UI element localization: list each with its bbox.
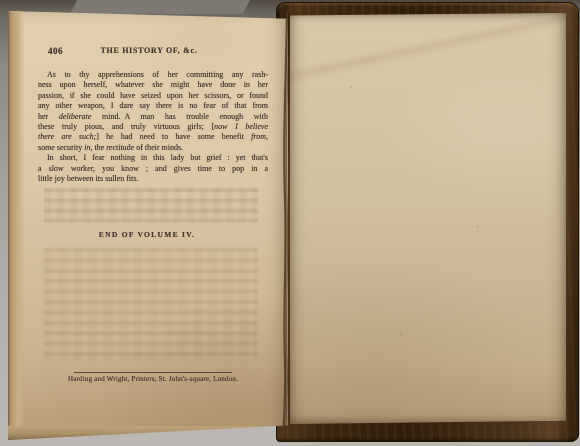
body-line: passion, if she could have seized upon h… xyxy=(38,91,268,101)
body-line: In short, I fear nothing in this lady bu… xyxy=(38,153,268,163)
body-line: her deliberate mind. A man has trouble e… xyxy=(38,112,268,122)
body-line: a slow worker, you know ; and gives time… xyxy=(38,164,268,174)
book-photograph: 406 THE HISTORY OF, &c. As to thy appreh… xyxy=(0,0,580,446)
body-line: As to thy apprehensions of her committin… xyxy=(38,70,268,80)
end-of-volume-note: END OF VOLUME IV. xyxy=(32,230,262,239)
gutter-shadow xyxy=(280,8,292,440)
imprint-rule xyxy=(74,372,232,373)
body-line: little joy between its sullen fits. xyxy=(38,174,268,184)
printer-imprint: Harding and Wright, Printers, St. John's… xyxy=(38,372,268,383)
body-line: ness upon herself, whatever she might ha… xyxy=(38,80,268,90)
bleedthrough-ghost-text-lower xyxy=(44,248,258,362)
bleedthrough-ghost-text-upper xyxy=(44,188,258,222)
background-board xyxy=(70,0,250,14)
running-header: THE HISTORY OF, &c. xyxy=(34,46,264,55)
endpaper-crease xyxy=(290,17,566,87)
body-line: these truly pious, and truly virtuous gi… xyxy=(38,122,268,132)
right-endpaper-page xyxy=(290,13,566,424)
page-fore-edge xyxy=(8,11,25,440)
body-line: some security in, the rectitude of their… xyxy=(38,143,268,153)
body-text: As to thy apprehensions of her committin… xyxy=(38,70,268,184)
page-content: 406 THE HISTORY OF, &c. As to thy appreh… xyxy=(38,46,268,406)
body-line: there are such;] he had need to have som… xyxy=(38,132,268,142)
page-block-bottom-edge xyxy=(8,426,288,440)
body-line: any other weapon, I dare say there is no… xyxy=(38,101,268,111)
imprint-text: Harding and Wright, Printers, St. John's… xyxy=(38,375,268,383)
running-head-row: 406 THE HISTORY OF, &c. xyxy=(38,46,268,58)
left-printed-page: 406 THE HISTORY OF, &c. As to thy appreh… xyxy=(8,11,288,440)
